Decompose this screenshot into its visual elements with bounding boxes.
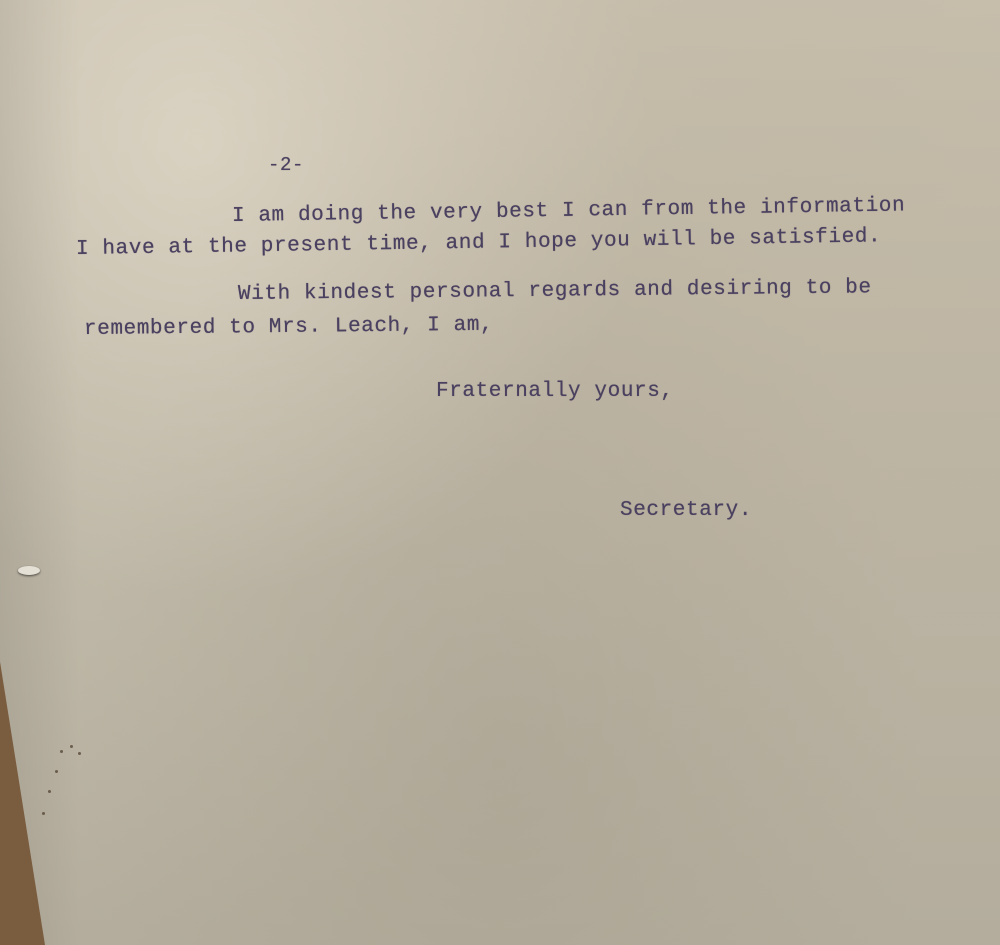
paper-tear-hole: [18, 566, 40, 575]
complimentary-closing: Fraternally yours,: [436, 380, 674, 403]
signature-title: Secretary.: [620, 499, 752, 522]
paper-stain: [78, 752, 81, 755]
paper-stain: [70, 745, 73, 748]
paper-stain: [48, 790, 51, 793]
paper-stain: [42, 812, 45, 815]
page-number: -2-: [268, 154, 304, 176]
paper-stain: [60, 750, 63, 753]
paper-stain: [55, 770, 58, 773]
letter-paper: [0, 0, 1000, 945]
paragraph-2-line-2: remembered to Mrs. Leach, I am,: [84, 314, 493, 341]
